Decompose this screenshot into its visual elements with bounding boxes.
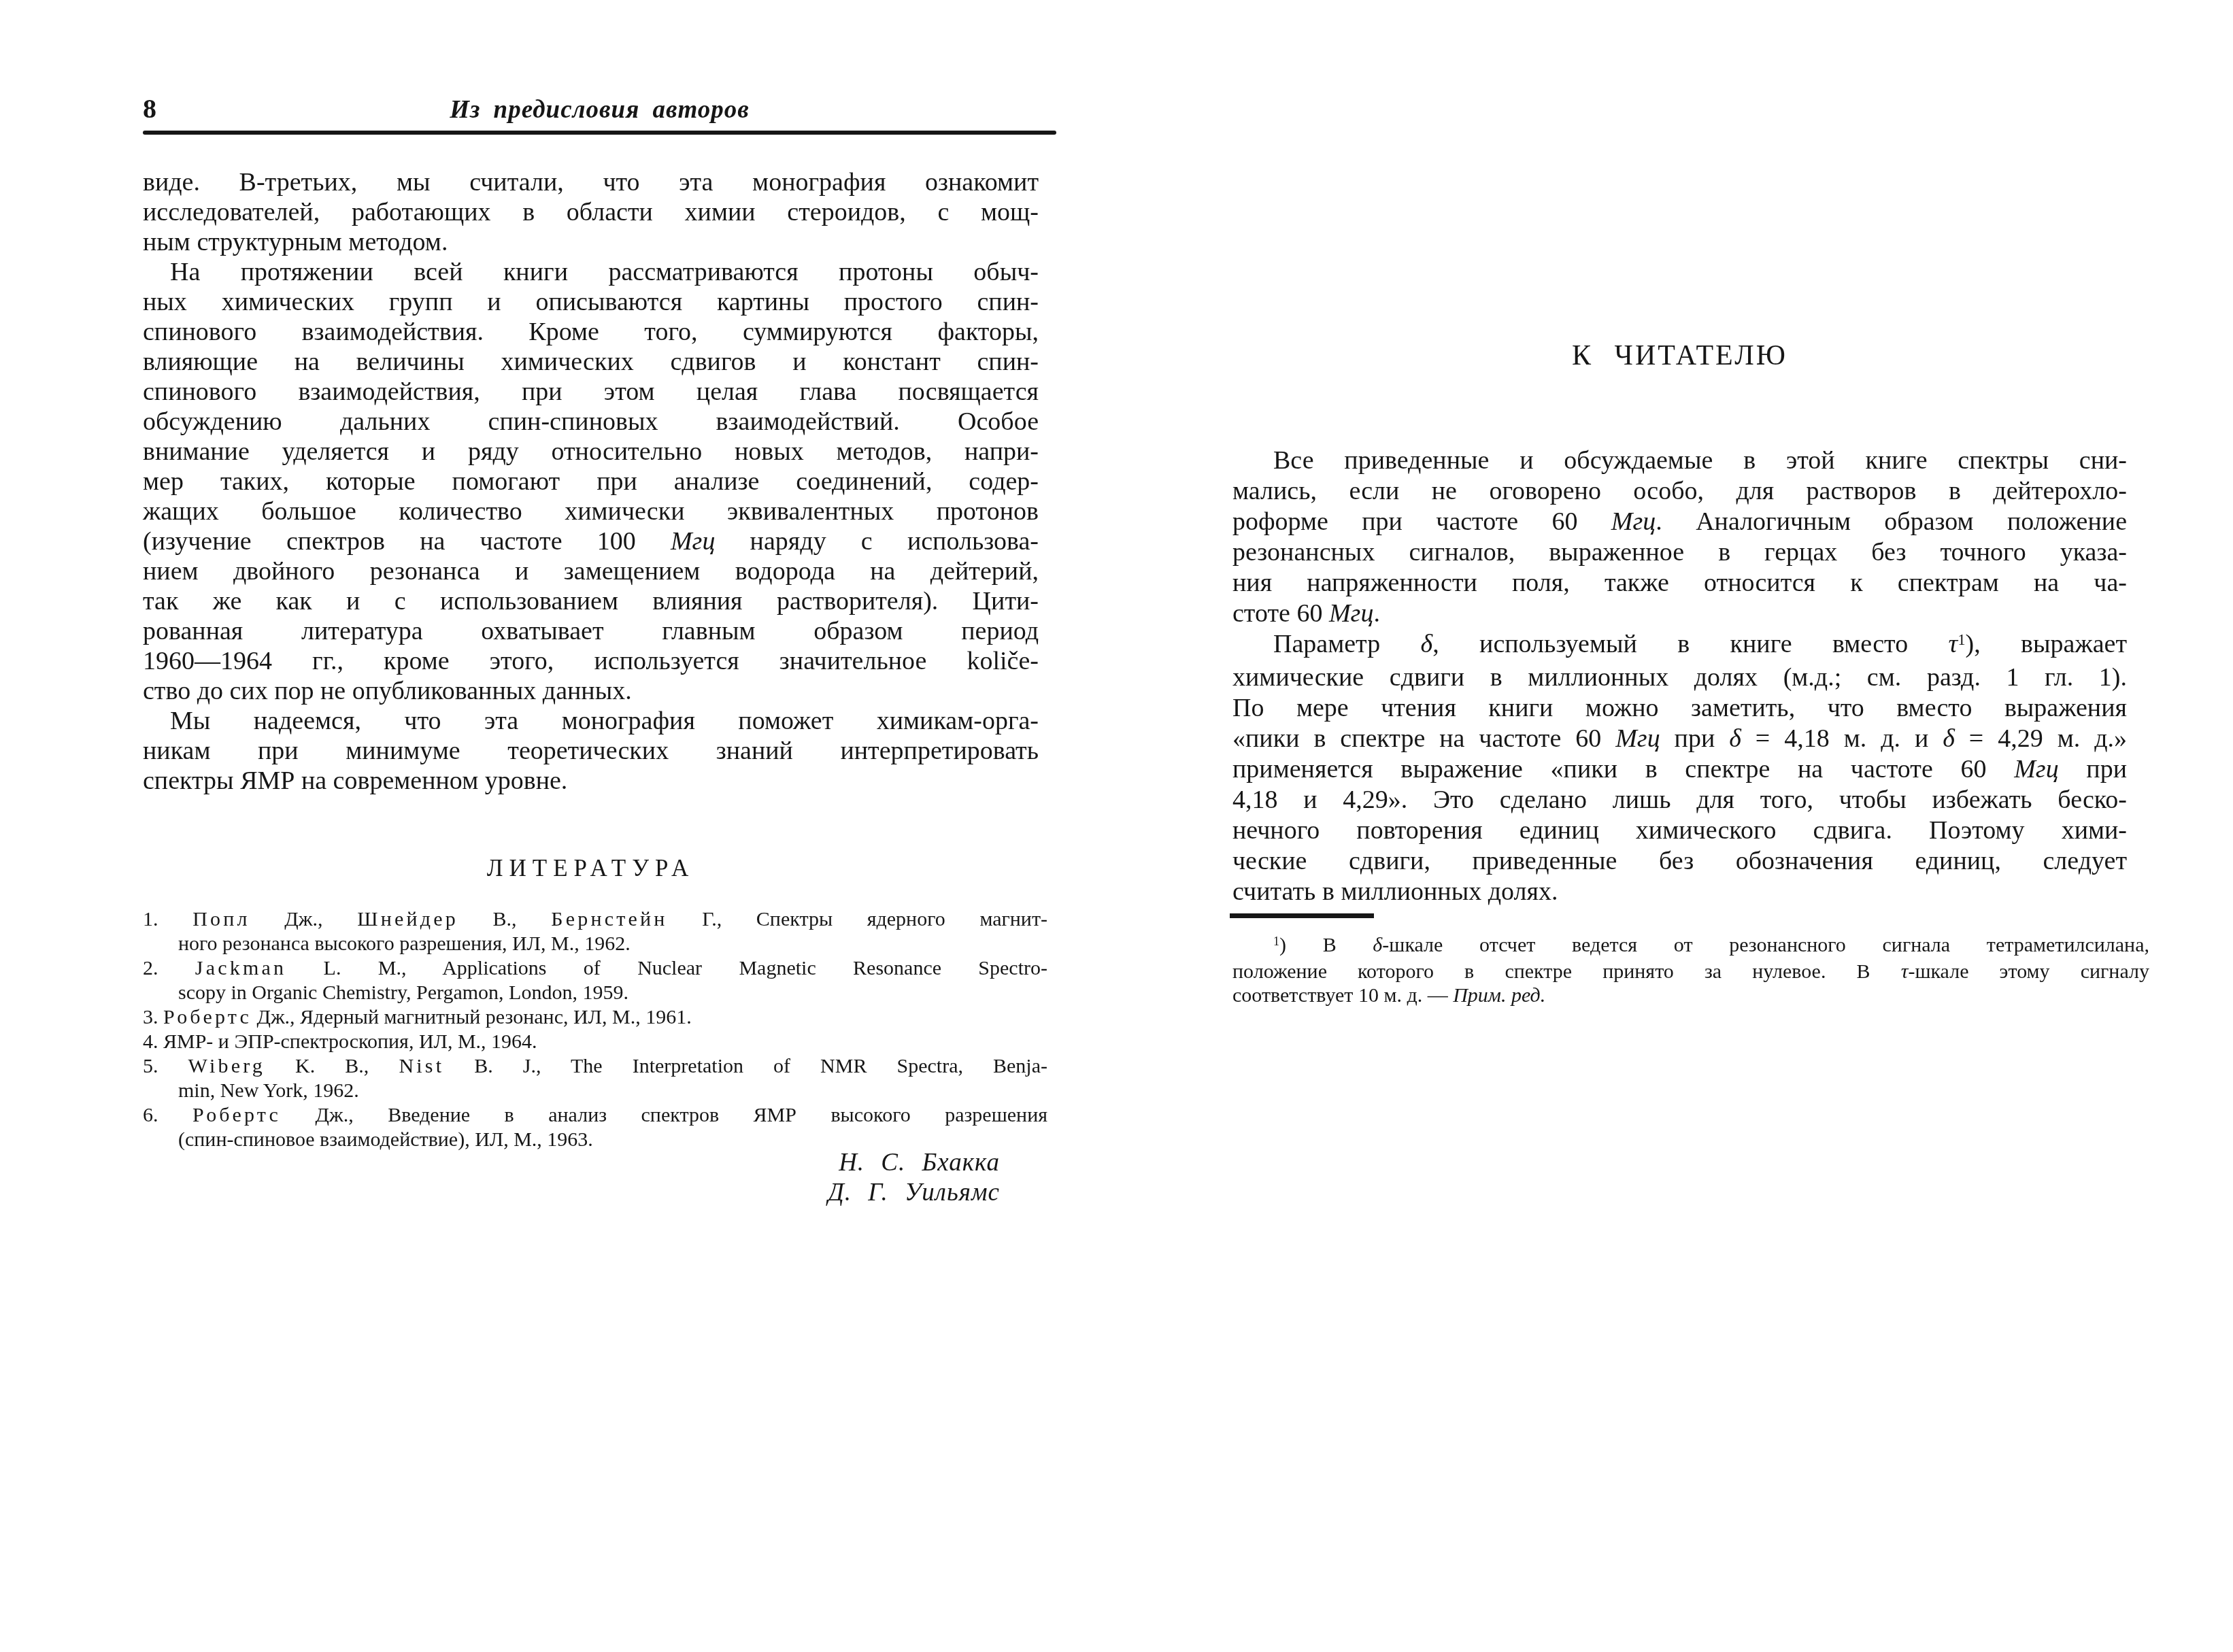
text-line: «пики в спектре на частоте 60 Мгц при δ … bbox=[1232, 724, 2127, 754]
text-line: никам при минимуме теоретических знаний … bbox=[143, 736, 1039, 766]
text-line: ных химических групп и описываются карти… bbox=[143, 287, 1039, 317]
text-line: считать в миллионных долях. bbox=[1232, 877, 2127, 907]
text-line: исследователей, работающих в области хим… bbox=[143, 197, 1039, 227]
text-line: 1) В δ-шкале отсчет ведется от резонансн… bbox=[1232, 933, 2149, 960]
text-line: обсуждению дальних спин-спиновых взаимод… bbox=[143, 407, 1039, 437]
text-line: применяется выражение «пики в спектре на… bbox=[1232, 754, 2127, 785]
text-line: нечного повторения единиц химического сд… bbox=[1232, 815, 2127, 846]
text-line: влияющие на величины химических сдвигов … bbox=[143, 347, 1039, 377]
text-line: химические сдвиги в миллионных долях (м.… bbox=[1232, 662, 2127, 693]
text-line: нием двойного резонанса и замещением вод… bbox=[143, 556, 1039, 586]
reference-item-line: ного резонанса высокого разрешения, ИЛ, … bbox=[143, 932, 1047, 956]
text-line: 4,18 и 4,29». Это сделано лишь для того,… bbox=[1232, 785, 2127, 815]
text-line: виде. В-третьих, мы считали, что эта мон… bbox=[143, 167, 1039, 197]
author-signatures: Н. С. БхаккаД. Г. Уильямс bbox=[143, 1148, 1000, 1208]
text-line: рованная литература охватывает главным о… bbox=[143, 616, 1039, 646]
literature-heading: ЛИТЕРАТУРА bbox=[143, 854, 1039, 883]
text-line: ния напряженности поля, также относится … bbox=[1232, 568, 2127, 599]
two-page-spread: 8 Из предисловия авторов виде. В-третьих… bbox=[0, 0, 2233, 1652]
text-line: ческие сдвиги, приведенные без обозначен… bbox=[1232, 846, 2127, 877]
running-header: Из предисловия авторов bbox=[143, 95, 1056, 125]
reference-item-line: 3. Робертс Дж., Ядерный магнитный резона… bbox=[143, 1005, 1047, 1030]
text-line: 1960—1964 гг., кроме этого, используется… bbox=[143, 646, 1039, 676]
reference-item-line: 2. Jackman L. M., Applications of Nuclea… bbox=[143, 956, 1047, 981]
text-line: так же как и с использованием влияния ра… bbox=[143, 586, 1039, 616]
footnote: 1) В δ-шкале отсчет ведется от резонансн… bbox=[1232, 933, 2149, 1007]
reference-item-line: 6. Робертс Дж., Введение в анализ спектр… bbox=[143, 1103, 1047, 1128]
reference-list: 1. Попл Дж., Шнейдер В., Бернстейн Г., С… bbox=[143, 907, 1047, 1152]
reference-item-line: 5. Wiberg K. B., Nist B. J., The Interpr… bbox=[143, 1054, 1047, 1079]
text-line: ным структурным методом. bbox=[143, 227, 1039, 257]
text-line: Мы надеемся, что эта монография поможет … bbox=[143, 706, 1039, 736]
text-line: положение которого в спектре принято за … bbox=[1232, 960, 2149, 983]
text-line: мались, если не оговорено особо, для рас… bbox=[1232, 476, 2127, 507]
text-line: ство до сих пор не опубликованных данных… bbox=[143, 676, 1039, 706]
footnote-rule bbox=[1230, 913, 1374, 918]
book-scan: { "theme": { "paper_color": "#ffffff", "… bbox=[0, 0, 2233, 1652]
text-line: Параметр δ, используемый в книге вместо … bbox=[1232, 629, 2127, 662]
left-page-body: виде. В-третьих, мы считали, что эта мон… bbox=[143, 167, 1039, 796]
header-rule bbox=[143, 131, 1056, 135]
left-page-header: 8 Из предисловия авторов bbox=[143, 90, 1056, 128]
reference-item-line: 4. ЯМР- и ЭПР-спектроскопия, ИЛ, М., 196… bbox=[143, 1030, 1047, 1054]
signature: Д. Г. Уильямс bbox=[143, 1178, 1000, 1208]
signature: Н. С. Бхакка bbox=[143, 1148, 1000, 1178]
text-line: резонансных сигналов, выраженное в герца… bbox=[1232, 537, 2127, 568]
reference-item-line: 1. Попл Дж., Шнейдер В., Бернстейн Г., С… bbox=[143, 907, 1047, 932]
text-line: По мере чтения книги можно заметить, что… bbox=[1232, 693, 2127, 724]
text-line: спектры ЯМР на современном уровне. bbox=[143, 766, 1039, 796]
text-line: На протяжении всей книги рассматриваются… bbox=[143, 257, 1039, 287]
text-line: внимание уделяется и ряду относительно н… bbox=[143, 437, 1039, 467]
right-page-body: Все приведенные и обсуждаемые в этой кни… bbox=[1232, 445, 2127, 907]
text-line: мер таких, которые помогают при анализе … bbox=[143, 467, 1039, 496]
text-line: Все приведенные и обсуждаемые в этой кни… bbox=[1232, 445, 2127, 476]
reader-heading: К ЧИТАТЕЛЮ bbox=[1232, 339, 2127, 373]
text-line: соответствует 10 м. д. — Прим. ред. bbox=[1232, 983, 2149, 1007]
reference-item-line: min, New York, 1962. bbox=[143, 1079, 1047, 1103]
text-line: спинового взаимодействия. Кроме того, су… bbox=[143, 317, 1039, 347]
reference-item-line: scopy in Organic Chemistry, Pergamon, Lo… bbox=[143, 981, 1047, 1005]
text-line: (изучение спектров на частоте 100 Мгц на… bbox=[143, 526, 1039, 556]
text-line: жащих большое количество химически эквив… bbox=[143, 496, 1039, 526]
text-line: стоте 60 Мгц. bbox=[1232, 599, 2127, 629]
text-line: роформе при частоте 60 Мгц. Аналогичным … bbox=[1232, 507, 2127, 537]
text-line: спинового взаимодействия, при этом целая… bbox=[143, 377, 1039, 407]
